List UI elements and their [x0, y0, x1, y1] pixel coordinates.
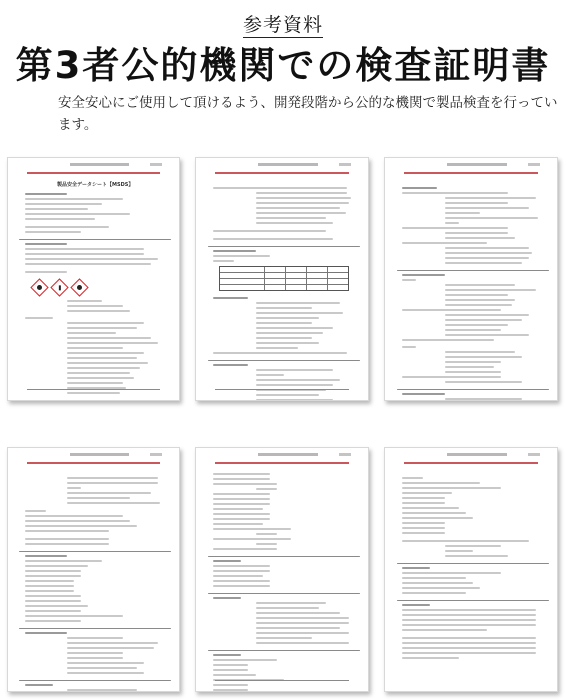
- doc-header-rule: [27, 172, 160, 174]
- intro-text: 安全安心にご使用して頂けるよう、開発段階から公的な機関で製品検査を行っています。: [58, 92, 558, 136]
- exclamation-icon: [50, 278, 68, 296]
- sds-document-page-5: [195, 447, 369, 692]
- reference-label-text: 参考資料: [243, 14, 323, 38]
- doc-heading: 製品安全データシート【MSDS】: [25, 181, 165, 188]
- sds-document-page-6: [384, 447, 558, 692]
- ghs-pictograms: [31, 279, 166, 296]
- flame-icon: [30, 278, 48, 296]
- sds-document-page-2: [195, 157, 369, 401]
- sds-document-page-4: [7, 447, 180, 692]
- doc-header: [8, 163, 179, 171]
- sds-document-page-1: 製品安全データシート【MSDS】: [7, 157, 180, 401]
- health-hazard-icon: [70, 278, 88, 296]
- sds-document-page-3: [384, 157, 558, 401]
- reference-label: 参考資料: [0, 10, 566, 37]
- composition-table: [219, 266, 349, 291]
- page-title: 第3者公的機関での検査証明書: [0, 44, 566, 88]
